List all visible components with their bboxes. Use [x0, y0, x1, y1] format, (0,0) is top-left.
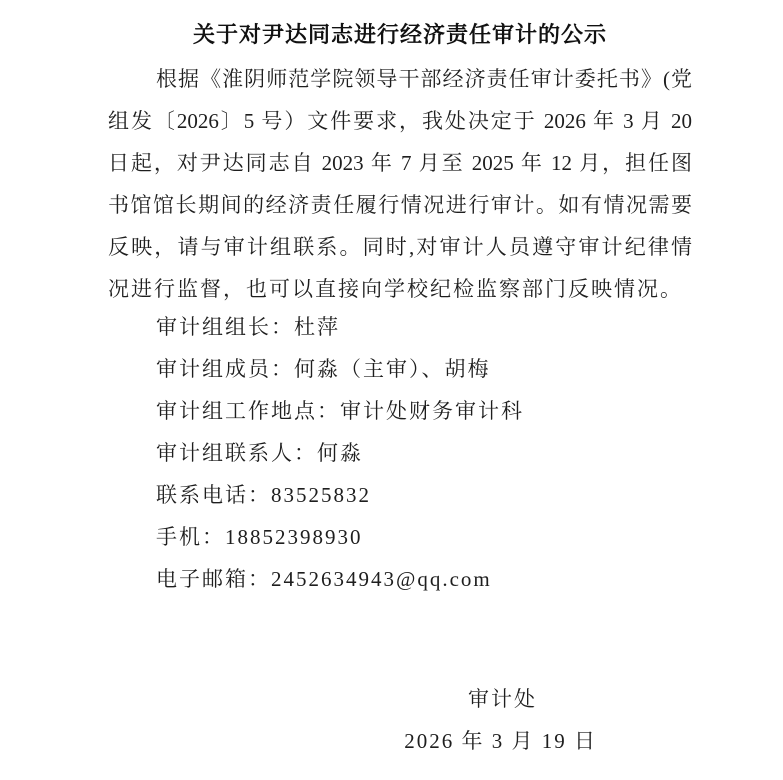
detail-line-audit-group-leader: 审计组组长：杜萍	[156, 306, 692, 348]
detail-line-audit-group-members: 审计组成员：何淼（主审）、胡梅	[156, 348, 692, 390]
body-paragraph: 根据《淮阴师范学院领导干部经济责任审计委托书》(党 组发〔2026〕5 号）文件…	[108, 58, 692, 310]
paragraph-line: 日起，对尹达同志自 2023 年 7 月至 2025 年 12 月，担任图	[108, 142, 692, 184]
document-title: 关于对尹达同志进行经济责任审计的公示	[108, 20, 692, 50]
document-page: 关于对尹达同志进行经济责任审计的公示 根据《淮阴师范学院领导干部经济责任审计委托…	[0, 0, 783, 780]
signature-date: 2026 年 3 月 19 日	[108, 720, 692, 762]
paragraph-line: 根据《淮阴师范学院领导干部经济责任审计委托书》(党	[108, 58, 692, 100]
paragraph-line: 况进行监督，也可以直接向学校纪检监察部门反映情况。	[108, 268, 692, 310]
paragraph-line: 组发〔2026〕5 号）文件要求，我处决定于 2026 年 3 月 20	[108, 100, 692, 142]
signature-block: 审计处 2026 年 3 月 19 日	[108, 678, 692, 762]
signature-department: 审计处	[108, 678, 692, 720]
detail-line-contact-phone: 联系电话：83525832	[156, 474, 692, 516]
audit-details-list: 审计组组长：杜萍 审计组成员：何淼（主审）、胡梅 审计组工作地点：审计处财务审计…	[108, 306, 692, 600]
detail-line-audit-work-location: 审计组工作地点：审计处财务审计科	[156, 390, 692, 432]
detail-line-mobile-phone: 手机：18852398930	[156, 516, 692, 558]
detail-line-email: 电子邮箱：2452634943@qq.com	[156, 558, 692, 600]
paragraph-line: 反映，请与审计组联系。同时,对审计人员遵守审计纪律情	[108, 226, 692, 268]
paragraph-line: 书馆馆长期间的经济责任履行情况进行审计。如有情况需要	[108, 184, 692, 226]
detail-line-audit-contact-person: 审计组联系人：何淼	[156, 432, 692, 474]
document-content: 关于对尹达同志进行经济责任审计的公示 根据《淮阴师范学院领导干部经济责任审计委托…	[0, 0, 783, 762]
